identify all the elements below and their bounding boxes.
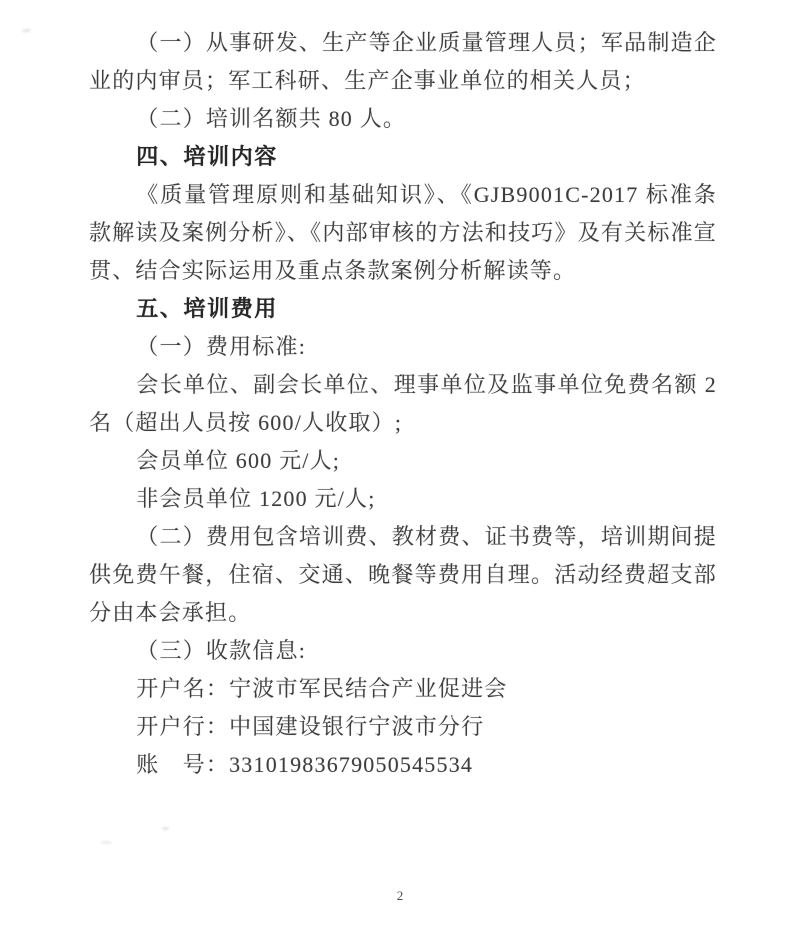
heading-section-5-training-fees: 五、培训费用 <box>89 290 717 328</box>
para-fee-standard-label: （一）费用标准: <box>89 328 717 366</box>
para-training-quota: （二）培训名额共 80 人。 <box>89 100 717 138</box>
heading-section-4-training-content: 四、培训内容 <box>89 138 717 176</box>
document-page: （一）从事研发、生产等企业质量管理人员；军品制造企业的内审员；军工科研、生产企事… <box>0 0 800 927</box>
scan-artifact <box>162 827 169 830</box>
para-target-trainees: （一）从事研发、生产等企业质量管理人员；军品制造企业的内审员；军工科研、生产企事… <box>89 24 717 100</box>
para-bank-name: 开户行：中国建设银行宁波市分行 <box>89 708 717 746</box>
para-account-number: 账 号：33101983679050545534 <box>89 746 717 784</box>
para-training-content: 《质量管理原则和基础知识》、《GJB9001C-2017 标准条款解读及案例分析… <box>89 176 717 290</box>
page-number: 2 <box>0 888 800 904</box>
para-free-quota-units: 会长单位、副会长单位、理事单位及监事单位免费名额 2 名（超出人员按 600/人… <box>89 366 717 442</box>
para-payment-info-label: （三）收款信息: <box>89 632 717 670</box>
para-account-name: 开户名：宁波市军民结合产业促进会 <box>89 670 717 708</box>
document-body: （一）从事研发、生产等企业质量管理人员；军品制造企业的内审员；军工科研、生产企事… <box>89 24 717 784</box>
para-fee-inclusions: （二）费用包含培训费、教材费、证书费等，培训期间提供免费午餐，住宿、交通、晚餐等… <box>89 518 717 632</box>
para-nonmember-unit-fee: 非会员单位 1200 元/人; <box>89 480 717 518</box>
scan-artifact <box>22 28 31 32</box>
scan-artifact <box>101 841 112 845</box>
para-member-unit-fee: 会员单位 600 元/人; <box>89 442 717 480</box>
